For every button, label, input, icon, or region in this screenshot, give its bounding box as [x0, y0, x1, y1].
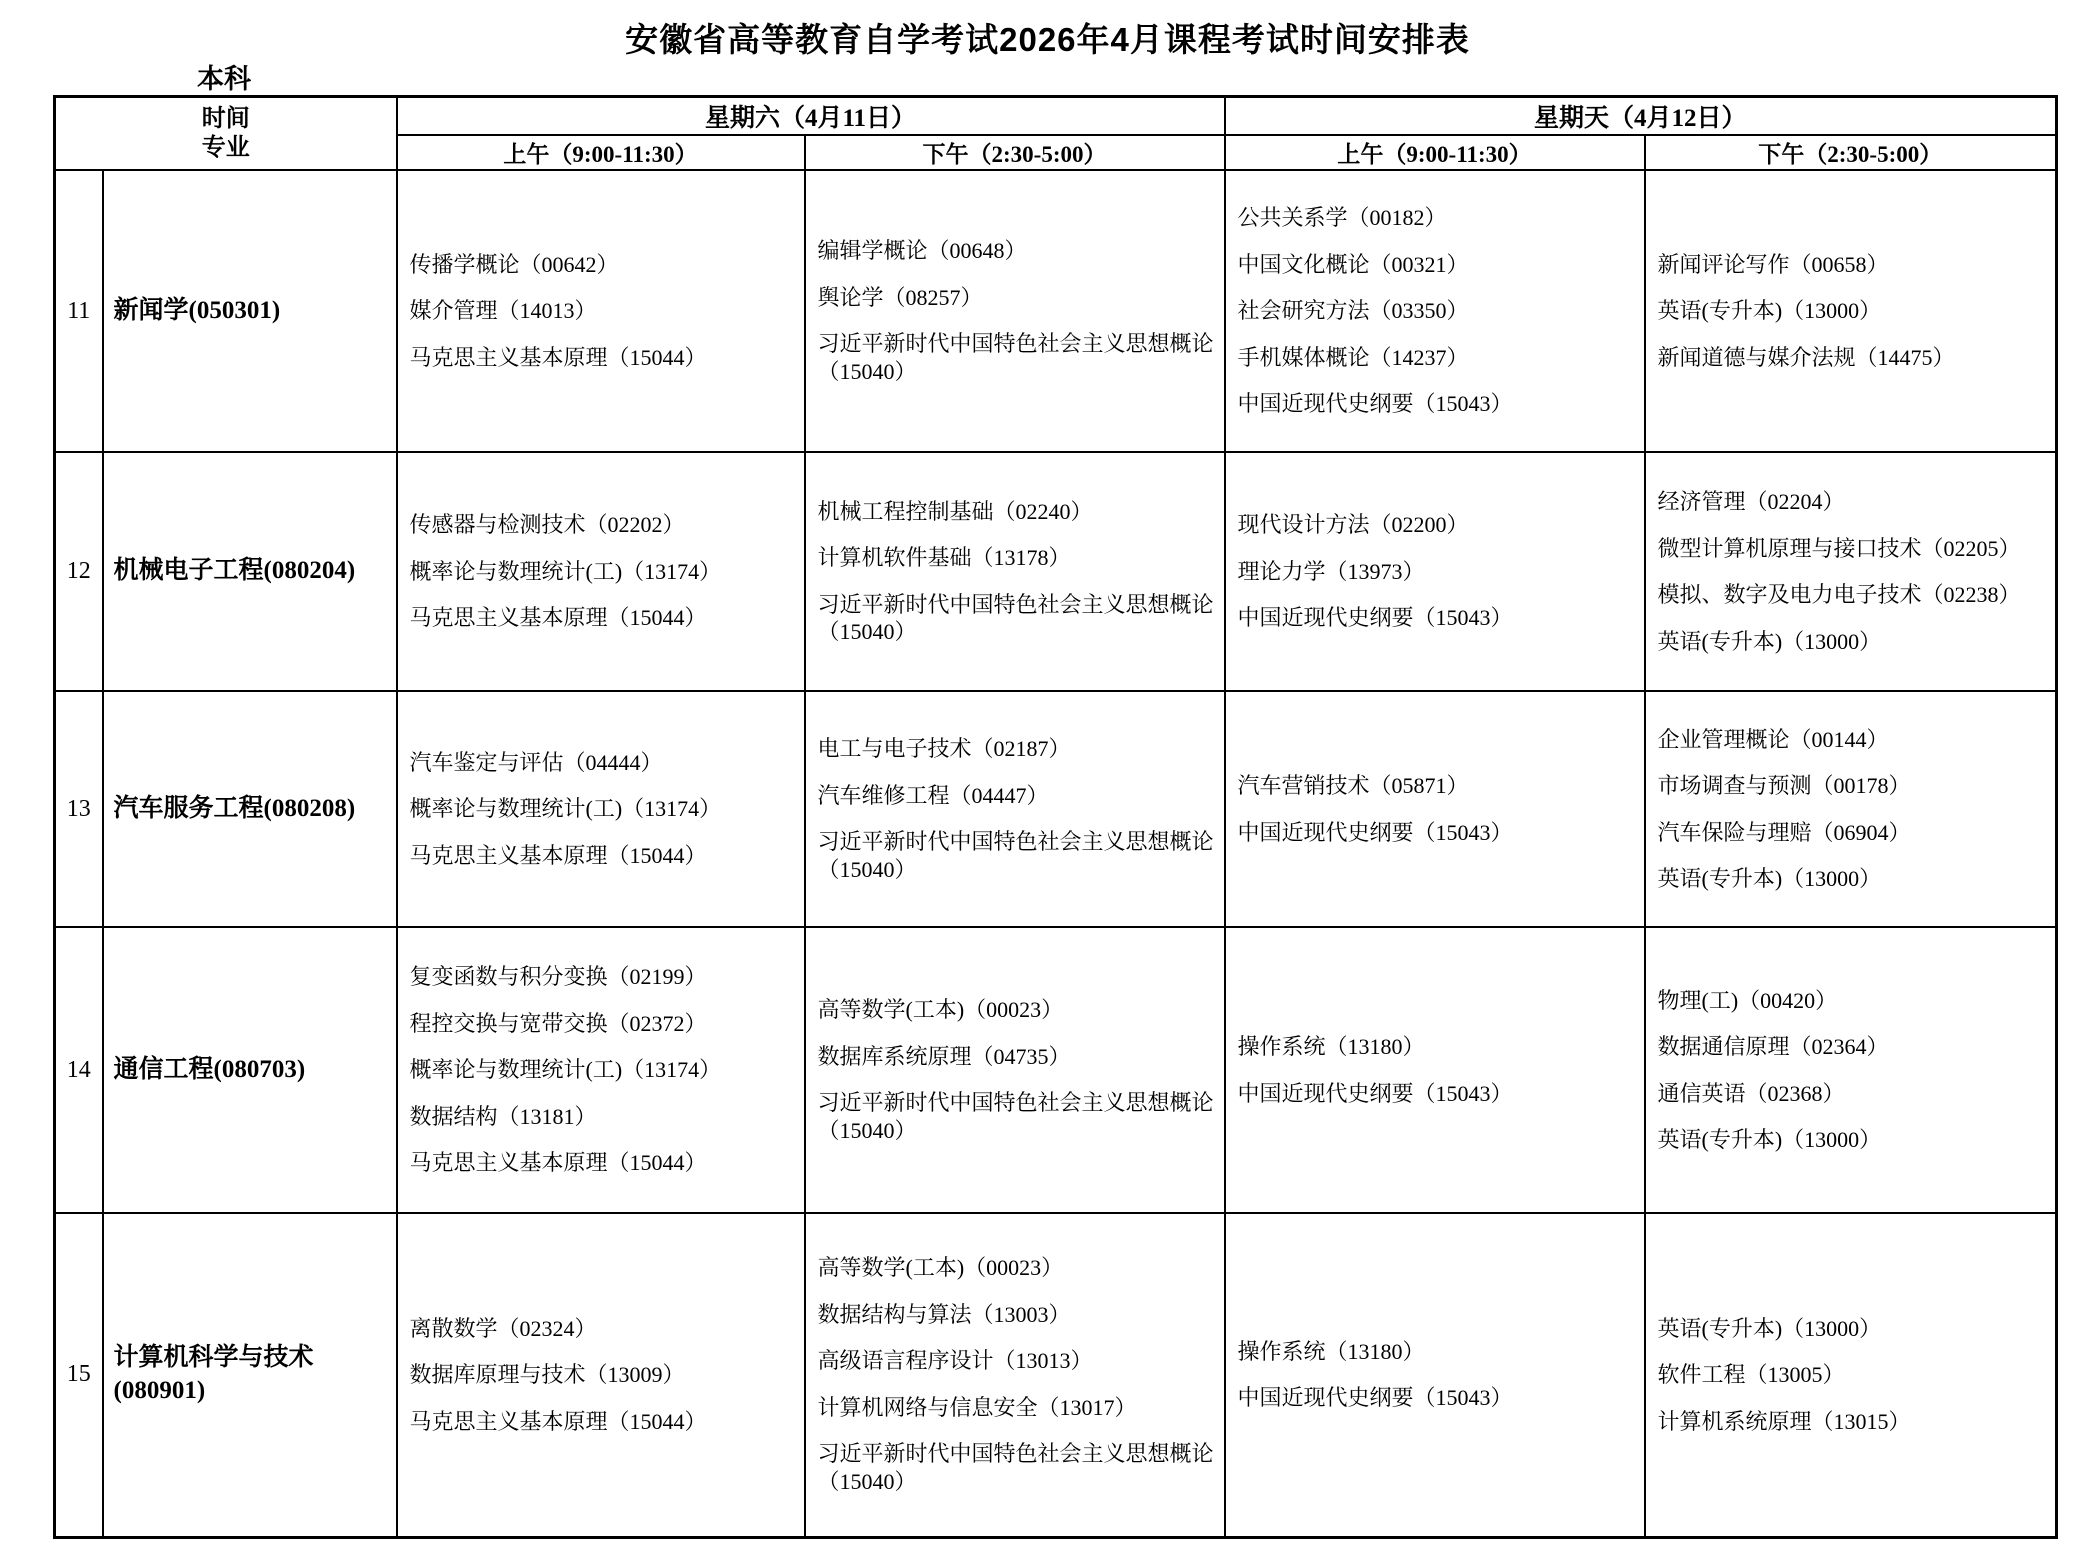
- course-item: 市场调查与预测（00178）: [1658, 772, 2050, 800]
- major-cell: 汽车服务工程(080208): [103, 691, 397, 927]
- course-item: 手机媒体概论（14237）: [1238, 344, 1638, 372]
- cell-sun-pm: 物理(工)（00420） 数据通信原理（02364） 通信英语（02368） 英…: [1645, 927, 2057, 1213]
- row-number: 11: [55, 170, 103, 452]
- major-cell: 机械电子工程(080204): [103, 452, 397, 691]
- course-item: 汽车鉴定与评估（04444）: [410, 749, 798, 777]
- course-item: 汽车营销技术（05871）: [1238, 772, 1638, 800]
- cell-sat-pm: 电工与电子技术（02187） 汽车维修工程（04447） 习近平新时代中国特色社…: [805, 691, 1225, 927]
- course-item: 传感器与检测技术（02202）: [410, 511, 798, 539]
- course-item: 中国近现代史纲要（15043）: [1238, 819, 1638, 847]
- course-item: 经济管理（02204）: [1658, 488, 2050, 516]
- cell-sat-pm: 高等数学(工本)（00023） 数据结构与算法（13003） 高级语言程序设计（…: [805, 1213, 1225, 1537]
- course-item: 社会研究方法（03350）: [1238, 297, 1638, 325]
- cell-sun-am: 现代设计方法（02200） 理论力学（13973） 中国近现代史纲要（15043…: [1225, 452, 1645, 691]
- cell-sat-pm: 高等数学(工本)（00023） 数据库系统原理（04735） 习近平新时代中国特…: [805, 927, 1225, 1213]
- course-item: 习近平新时代中国特色社会主义思想概论（15040）: [818, 1089, 1218, 1144]
- course-item: 中国近现代史纲要（15043）: [1238, 1384, 1638, 1412]
- course-item: 英语(专升本)（13000）: [1658, 1315, 2050, 1343]
- major-cell: 通信工程(080703): [103, 927, 397, 1213]
- course-item: 机械工程控制基础（02240）: [818, 498, 1218, 526]
- cell-sun-am: 汽车营销技术（05871） 中国近现代史纲要（15043）: [1225, 691, 1645, 927]
- row-number: 12: [55, 452, 103, 691]
- course-item: 微型计算机原理与接口技术（02205）: [1658, 535, 2050, 563]
- table-row: 15 计算机科学与技术(080901) 离散数学（02324） 数据库原理与技术…: [55, 1213, 2057, 1537]
- cell-sat-am: 汽车鉴定与评估（04444） 概率论与数理统计(工)（13174） 马克思主义基…: [397, 691, 805, 927]
- course-item: 模拟、数字及电力电子技术（02238）: [1658, 581, 2050, 609]
- course-item: 程控交换与宽带交换（02372）: [410, 1010, 798, 1038]
- cell-sat-am: 传感器与检测技术（02202） 概率论与数理统计(工)（13174） 马克思主义…: [397, 452, 805, 691]
- course-item: 新闻评论写作（00658）: [1658, 251, 2050, 279]
- course-item: 操作系统（13180）: [1238, 1338, 1638, 1366]
- table-row: 14 通信工程(080703) 复变函数与积分变换（02199） 程控交换与宽带…: [55, 927, 2057, 1213]
- session-header-sat-pm: 下午（2:30-5:00）: [805, 135, 1225, 170]
- course-item: 媒介管理（14013）: [410, 297, 798, 325]
- cell-sat-am: 复变函数与积分变换（02199） 程控交换与宽带交换（02372） 概率论与数理…: [397, 927, 805, 1213]
- cell-sun-am: 操作系统（13180） 中国近现代史纲要（15043）: [1225, 1213, 1645, 1537]
- course-item: 离散数学（02324）: [410, 1315, 798, 1343]
- course-item: 英语(专升本)（13000）: [1658, 865, 2050, 893]
- course-item: 马克思主义基本原理（15044）: [410, 604, 798, 632]
- course-item: 电工与电子技术（02187）: [818, 735, 1218, 763]
- table-row: 11 新闻学(050301) 传播学概论（00642） 媒介管理（14013） …: [55, 170, 2057, 452]
- course-item: 现代设计方法（02200）: [1238, 511, 1638, 539]
- course-item: 概率论与数理统计(工)（13174）: [410, 795, 798, 823]
- course-item: 习近平新时代中国特色社会主义思想概论（15040）: [818, 828, 1218, 883]
- course-item: 企业管理概论（00144）: [1658, 726, 2050, 754]
- course-item: 英语(专升本)（13000）: [1658, 297, 2050, 325]
- corner-major-label: 专业: [56, 134, 396, 162]
- row-number: 15: [55, 1213, 103, 1537]
- cell-sun-pm: 企业管理概论（00144） 市场调查与预测（00178） 汽车保险与理赔（069…: [1645, 691, 2057, 927]
- corner-time-label: 时间: [56, 105, 396, 133]
- course-item: 通信英语（02368）: [1658, 1080, 2050, 1108]
- course-item: 数据通信原理（02364）: [1658, 1033, 2050, 1061]
- page-title: 安徽省高等教育自学考试2026年4月课程考试时间安排表: [0, 0, 2095, 61]
- course-item: 软件工程（13005）: [1658, 1361, 2050, 1389]
- cell-sat-pm: 机械工程控制基础（02240） 计算机软件基础（13178） 习近平新时代中国特…: [805, 452, 1225, 691]
- course-item: 高等数学(工本)（00023）: [818, 1254, 1218, 1282]
- course-item: 英语(专升本)（13000）: [1658, 628, 2050, 656]
- session-header-sun-pm: 下午（2:30-5:00）: [1645, 135, 2057, 170]
- course-item: 习近平新时代中国特色社会主义思想概论（15040）: [818, 1440, 1218, 1495]
- cell-sun-am: 公共关系学（00182） 中国文化概论（00321） 社会研究方法（03350）…: [1225, 170, 1645, 452]
- day-header-sunday: 星期天（4月12日）: [1225, 97, 2057, 136]
- cell-sat-am: 离散数学（02324） 数据库原理与技术（13009） 马克思主义基本原理（15…: [397, 1213, 805, 1537]
- course-item: 公共关系学（00182）: [1238, 204, 1638, 232]
- course-item: 舆论学（08257）: [818, 284, 1218, 312]
- cell-sun-am: 操作系统（13180） 中国近现代史纲要（15043）: [1225, 927, 1645, 1213]
- course-item: 中国近现代史纲要（15043）: [1238, 604, 1638, 632]
- course-item: 数据库原理与技术（13009）: [410, 1361, 798, 1389]
- major-cell: 新闻学(050301): [103, 170, 397, 452]
- course-item: 马克思主义基本原理（15044）: [410, 1149, 798, 1177]
- session-header-sat-am: 上午（9:00-11:30）: [397, 135, 805, 170]
- course-item: 计算机网络与信息安全（13017）: [818, 1394, 1218, 1422]
- schedule-table: 时间 专业 星期六（4月11日） 星期天（4月12日） 上午（9:00-11:3…: [53, 95, 2058, 1539]
- course-item: 数据结构（13181）: [410, 1103, 798, 1131]
- course-item: 中国近现代史纲要（15043）: [1238, 1080, 1638, 1108]
- table-row: 12 机械电子工程(080204) 传感器与检测技术（02202） 概率论与数理…: [55, 452, 2057, 691]
- course-item: 概率论与数理统计(工)（13174）: [410, 1056, 798, 1084]
- cell-sat-pm: 编辑学概论（00648） 舆论学（08257） 习近平新时代中国特色社会主义思想…: [805, 170, 1225, 452]
- course-item: 高等数学(工本)（00023）: [818, 996, 1218, 1024]
- row-number: 14: [55, 927, 103, 1213]
- course-item: 汽车维修工程（04447）: [818, 782, 1218, 810]
- course-item: 马克思主义基本原理（15044）: [410, 842, 798, 870]
- cell-sun-pm: 经济管理（02204） 微型计算机原理与接口技术（02205） 模拟、数字及电力…: [1645, 452, 2057, 691]
- course-item: 中国文化概论（00321）: [1238, 251, 1638, 279]
- course-item: 概率论与数理统计(工)（13174）: [410, 558, 798, 586]
- corner-cell: 时间 专业: [55, 97, 397, 171]
- course-item: 汽车保险与理赔（06904）: [1658, 819, 2050, 847]
- course-item: 操作系统（13180）: [1238, 1033, 1638, 1061]
- course-item: 习近平新时代中国特色社会主义思想概论（15040）: [818, 330, 1218, 385]
- session-header-sun-am: 上午（9:00-11:30）: [1225, 135, 1645, 170]
- course-item: 马克思主义基本原理（15044）: [410, 1408, 798, 1436]
- course-item: 物理(工)（00420）: [1658, 987, 2050, 1015]
- cell-sun-pm: 新闻评论写作（00658） 英语(专升本)（13000） 新闻道德与媒介法规（1…: [1645, 170, 2057, 452]
- course-item: 编辑学概论（00648）: [818, 237, 1218, 265]
- course-item: 计算机软件基础（13178）: [818, 544, 1218, 572]
- course-item: 新闻道德与媒介法规（14475）: [1658, 344, 2050, 372]
- course-item: 复变函数与积分变换（02199）: [410, 963, 798, 991]
- day-header-saturday: 星期六（4月11日）: [397, 97, 1225, 136]
- major-cell: 计算机科学与技术(080901): [103, 1213, 397, 1537]
- course-item: 计算机系统原理（13015）: [1658, 1408, 2050, 1436]
- course-item: 数据库系统原理（04735）: [818, 1043, 1218, 1071]
- table-row: 13 汽车服务工程(080208) 汽车鉴定与评估（04444） 概率论与数理统…: [55, 691, 2057, 927]
- section-label: 本科: [53, 57, 395, 96]
- course-item: 英语(专升本)（13000）: [1658, 1126, 2050, 1154]
- course-item: 理论力学（13973）: [1238, 558, 1638, 586]
- course-item: 传播学概论（00642）: [410, 251, 798, 279]
- course-item: 高级语言程序设计（13013）: [818, 1347, 1218, 1375]
- row-number: 13: [55, 691, 103, 927]
- cell-sat-am: 传播学概论（00642） 媒介管理（14013） 马克思主义基本原理（15044…: [397, 170, 805, 452]
- course-item: 中国近现代史纲要（15043）: [1238, 390, 1638, 418]
- course-item: 数据结构与算法（13003）: [818, 1301, 1218, 1329]
- course-item: 马克思主义基本原理（15044）: [410, 344, 798, 372]
- course-item: 习近平新时代中国特色社会主义思想概论（15040）: [818, 591, 1218, 646]
- cell-sun-pm: 英语(专升本)（13000） 软件工程（13005） 计算机系统原理（13015…: [1645, 1213, 2057, 1537]
